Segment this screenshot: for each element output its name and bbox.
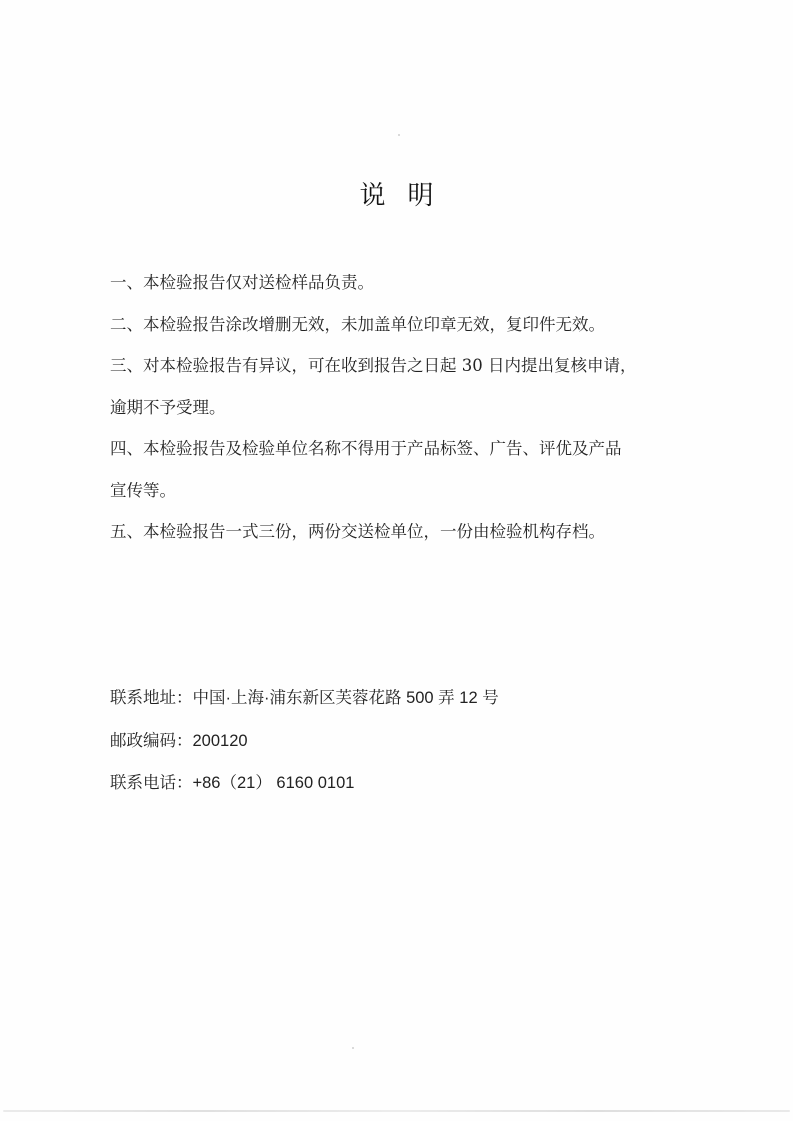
scan-speck	[398, 134, 400, 136]
scan-speck	[352, 1047, 354, 1049]
note-item-2: 二、本检验报告涂改增删无效，未加盖单位印章无效，复印件无效。	[110, 304, 690, 346]
note-item-4: 四、本检验报告及检验单位名称不得用于产品标签、广告、评优及产品	[110, 428, 690, 470]
document-page: 说明 一、本检验报告仅对送检样品负责。 二、本检验报告涂改增删无效，未加盖单位印…	[0, 0, 793, 1121]
contact-address: 联系地址：中国·上海·浦东新区芙蓉花路 500 弄 12 号	[110, 677, 630, 720]
note-item-3: 三、对本检验报告有异议，可在收到报告之日起 30 日内提出复核申请，	[110, 345, 690, 387]
address-label: 联系地址：	[110, 688, 193, 707]
contact-info: 联系地址：中国·上海·浦东新区芙蓉花路 500 弄 12 号 邮政编码：2001…	[110, 677, 630, 805]
phone-label: 联系电话：	[110, 773, 193, 792]
postcode-value: 200120	[193, 732, 248, 750]
contact-postcode: 邮政编码：200120	[110, 720, 630, 763]
address-value: 中国·上海·浦东新区芙蓉花路 500 弄 12 号	[193, 689, 499, 707]
note-item-5: 五、本检验报告一式三份，两份交送检单位，一份由检验机构存档。	[110, 511, 690, 553]
postcode-label: 邮政编码：	[110, 731, 193, 750]
scan-bottom-edge	[3, 1110, 790, 1112]
note-item-4-continued: 宣传等。	[110, 470, 690, 512]
notes-list: 一、本检验报告仅对送检样品负责。 二、本检验报告涂改增删无效，未加盖单位印章无效…	[110, 262, 690, 553]
note-item-1: 一、本检验报告仅对送检样品负责。	[110, 262, 690, 304]
note-item-3-continued: 逾期不予受理。	[110, 387, 690, 429]
contact-phone: 联系电话：+86（21） 6160 0101	[110, 762, 630, 805]
phone-value: +86（21） 6160 0101	[193, 774, 355, 792]
page-title: 说明	[0, 178, 793, 214]
